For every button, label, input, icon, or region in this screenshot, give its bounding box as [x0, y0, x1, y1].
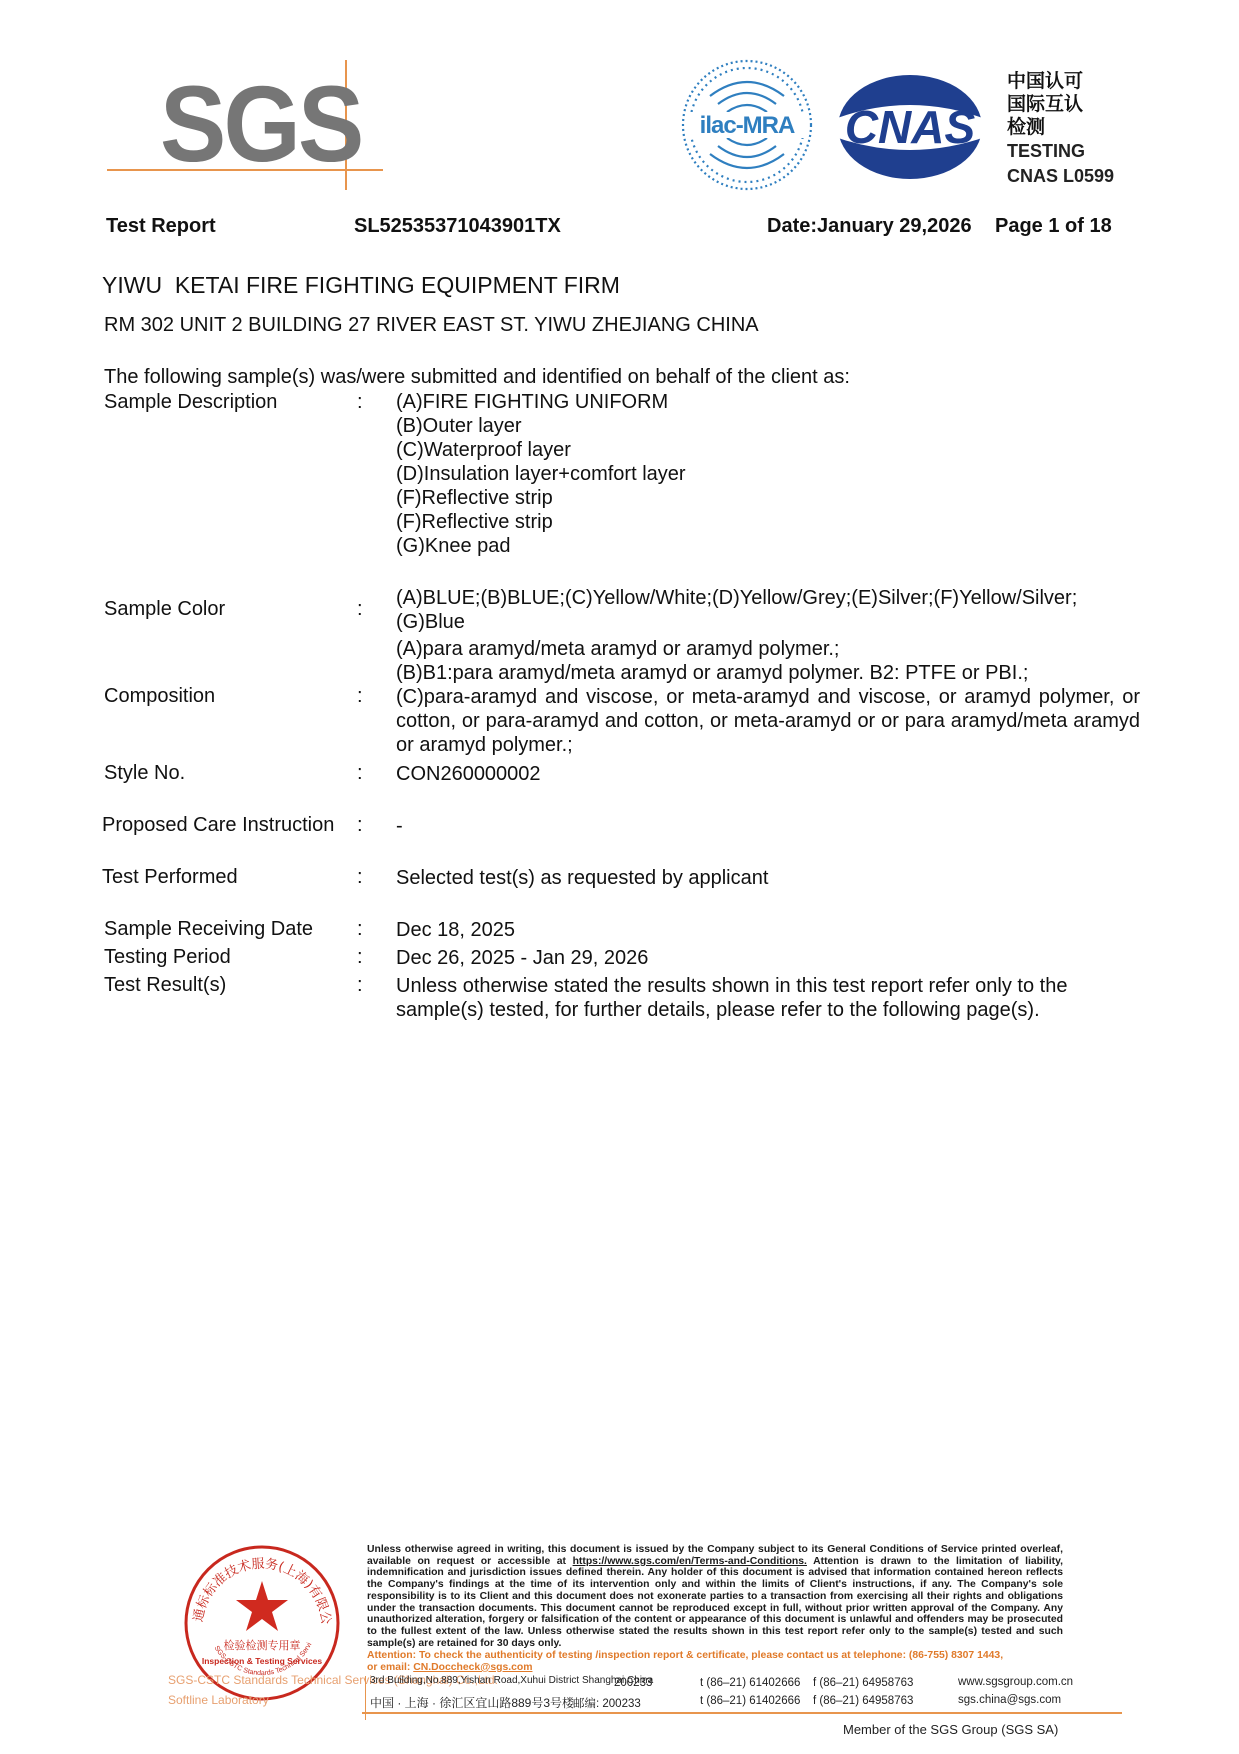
sample-description-line: (A)FIRE FIGHTING UNIFORM [396, 390, 686, 414]
telephone: t (86–21) 61402666 [700, 1695, 800, 1707]
address-english: 3rd Building,No.889,Yishan Road,Xuhui Di… [370, 1675, 653, 1686]
cnas-en-line: TESTING [1007, 139, 1114, 164]
cnas-cn-line: 检测 [1007, 116, 1083, 139]
cnas-icon: CNAS [830, 70, 990, 185]
style-no-value: CON260000002 [396, 762, 541, 786]
sample-description-line: (C)Waterproof layer [396, 438, 686, 462]
cnas-english-caption: TESTING CNAS L0599 [1007, 139, 1114, 189]
field-colon: : [357, 814, 363, 837]
attention-text: Attention: To check the authenticity of … [367, 1650, 1067, 1662]
terms-link[interactable]: https://www.sgs.com/en/Terms-and-Conditi… [573, 1556, 807, 1567]
fax: f (86–21) 64958763 [813, 1695, 913, 1707]
sample-color-line: (G)Blue [396, 610, 1077, 634]
svg-text:ilac-MRA: ilac-MRA [700, 112, 795, 139]
sample-color-value: (A)BLUE;(B)BLUE;(C)Yellow/White;(D)Yello… [396, 586, 1077, 634]
composition-line: (C)para-aramyd and viscose, or meta-aram… [396, 685, 1140, 757]
composition-line: (B)B1:para aramyd/meta aramyd or aramyd … [396, 661, 1140, 685]
composition-label: Composition [104, 685, 215, 708]
style-no-label: Style No. [104, 762, 185, 785]
page-indicator: Page 1 of 18 [995, 215, 1112, 238]
test-performed-label: Test Performed [102, 866, 238, 889]
sgs-logo-text: SGS [160, 70, 362, 178]
field-colon: : [357, 866, 363, 889]
client-name: YIWU KETAI FIRE FIGHTING EQUIPMENT FIRM [102, 272, 620, 299]
field-colon: : [357, 391, 363, 414]
ilac-mra-icon: ilac-MRA [680, 58, 814, 192]
postcode-chinese: 邮编: 200233 [573, 1695, 641, 1711]
postcode-english: 200233 [614, 1677, 652, 1689]
field-colon: : [357, 974, 363, 997]
field-colon: : [357, 685, 363, 708]
testing-period-label: Testing Period [104, 946, 231, 969]
care-instruction-value: - [396, 814, 403, 838]
ilac-mra-logo: ilac-MRA [680, 58, 814, 192]
testing-period-value: Dec 26, 2025 - Jan 29, 2026 [396, 946, 648, 970]
cnas-chinese-caption: 中国认可 国际互认 检测 [1007, 70, 1083, 139]
cnas-accreditation-number: CNAS L0599 [1007, 164, 1114, 189]
svg-text:检验检测专用章: 检验检测专用章 [224, 1638, 301, 1652]
care-instruction-label: Proposed Care Instruction [102, 814, 334, 837]
field-colon: : [357, 918, 363, 941]
cnas-logo: CNAS [830, 70, 990, 185]
address-chinese: 中国 · 上海 · 徐汇区宜山路889号3号楼 [370, 1694, 574, 1711]
report-title: Test Report [106, 215, 216, 238]
legal-disclaimer: Unless otherwise agreed in writing, this… [367, 1544, 1063, 1649]
telephone: t (86–21) 61402666 [700, 1677, 800, 1689]
receiving-date-label: Sample Receiving Date [104, 918, 313, 941]
sgs-logo: SGS [105, 58, 385, 193]
disclaimer-text: Attention is drawn to the limitation of … [367, 1556, 1063, 1649]
sample-description-label: Sample Description [104, 391, 277, 414]
authenticity-notice: Attention: To check the authenticity of … [367, 1650, 1067, 1673]
footer-horizontal-rule [362, 1712, 1122, 1714]
test-results-value: Unless otherwise stated the results show… [396, 974, 1116, 1022]
sample-description-line: (F)Reflective strip [396, 510, 686, 534]
sample-description-value: (A)FIRE FIGHTING UNIFORM (B)Outer layer … [396, 390, 686, 558]
report-number: SL52535371043901TX [354, 215, 561, 238]
sample-color-label: Sample Color [104, 598, 225, 621]
sample-description-line: (F)Reflective strip [396, 486, 686, 510]
doccheck-email-link[interactable]: CN.Doccheck@sgs.com [413, 1662, 532, 1673]
receiving-date-value: Dec 18, 2025 [396, 918, 515, 942]
fax: f (86–21) 64958763 [813, 1677, 913, 1689]
svg-text:CNAS: CNAS [845, 101, 976, 153]
field-colon: : [357, 762, 363, 785]
sample-description-line: (B)Outer layer [396, 414, 686, 438]
sgs-group-membership: Member of the SGS Group (SGS SA) [843, 1722, 1058, 1737]
client-address: RM 302 UNIT 2 BUILDING 27 RIVER EAST ST.… [104, 314, 759, 337]
report-date: Date:January 29,2026 [767, 215, 972, 238]
intro-statement: The following sample(s) was/were submitt… [104, 366, 850, 389]
field-colon: : [357, 598, 363, 621]
contact-email[interactable]: sgs.china@sgs.com [958, 1694, 1061, 1706]
field-colon: : [357, 946, 363, 969]
test-performed-value: Selected test(s) as requested by applica… [396, 866, 768, 890]
website-link[interactable]: www.sgsgroup.com.cn [958, 1676, 1073, 1688]
attention-email-prefix: or email: [367, 1662, 413, 1673]
test-results-label: Test Result(s) [104, 974, 226, 997]
sample-description-line: (G)Knee pad [396, 534, 686, 558]
composition-line: (A)para aramyd/meta aramyd or aramyd pol… [396, 637, 1140, 661]
cnas-cn-line: 国际互认 [1007, 93, 1083, 116]
sample-description-line: (D)Insulation layer+comfort layer [396, 462, 686, 486]
cnas-cn-line: 中国认可 [1007, 70, 1083, 93]
composition-value: (A)para aramyd/meta aramyd or aramyd pol… [396, 637, 1140, 757]
sgs-logo-horizontal-rule [107, 169, 383, 171]
sample-color-line: (A)BLUE;(B)BLUE;(C)Yellow/White;(D)Yello… [396, 586, 1077, 610]
lab-division: Softline Laboratory [168, 1693, 269, 1707]
